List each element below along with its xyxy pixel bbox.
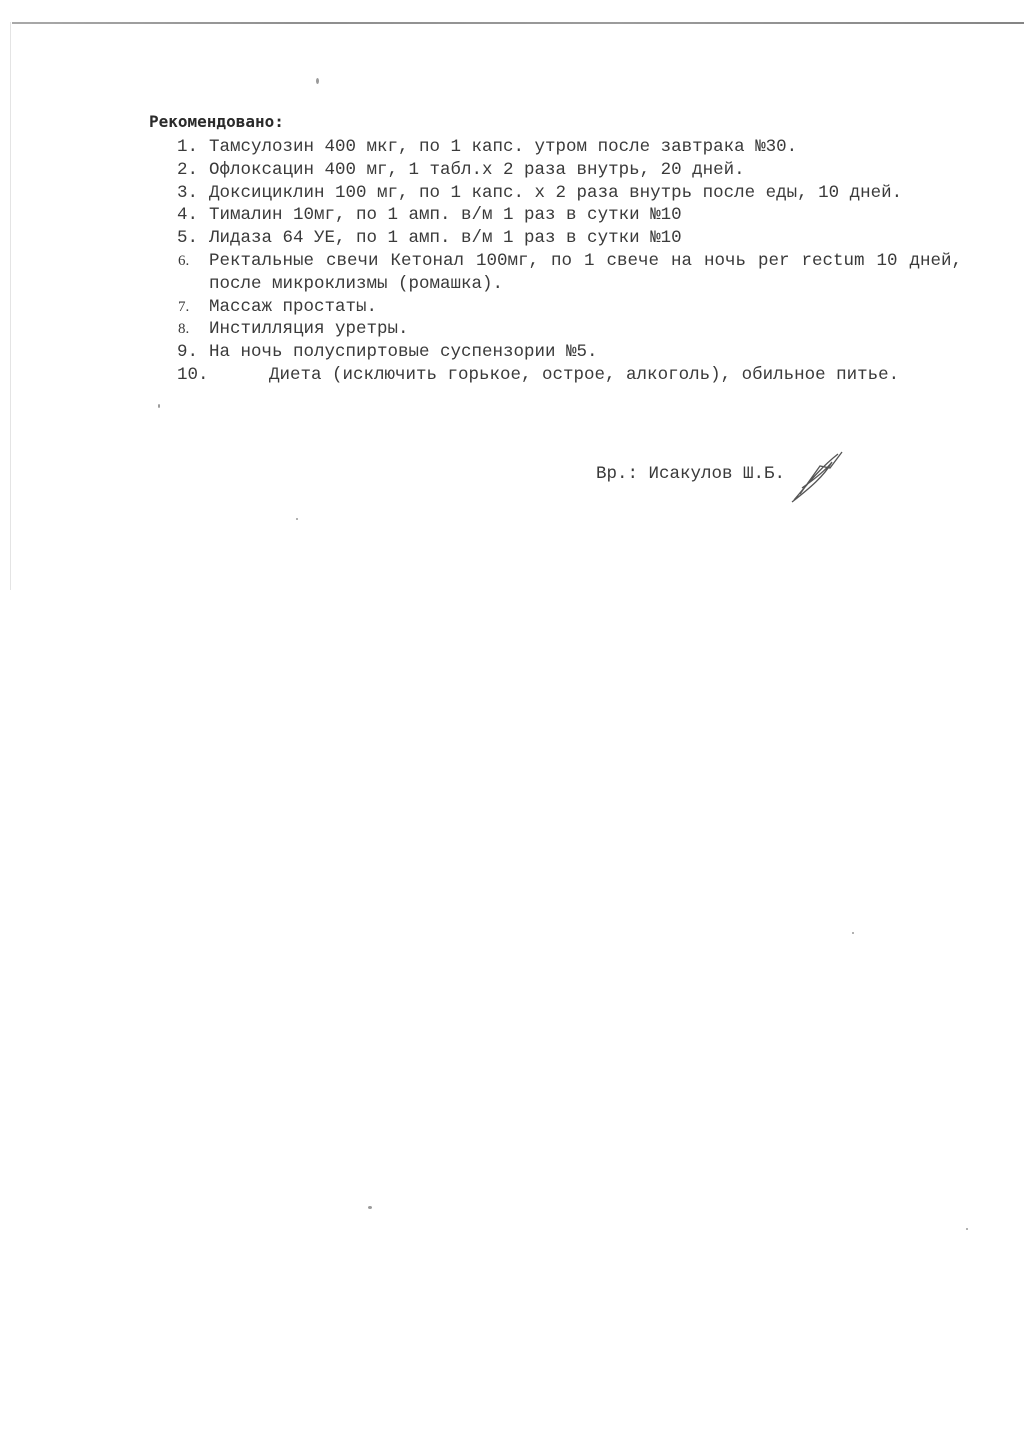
item-text: Доксициклин 100 мг, по 1 капс. х 2 раза …	[209, 183, 902, 203]
item-text: Лидаза 64 УЕ, по 1 амп. в/м 1 раз в сутк…	[209, 228, 682, 248]
item-text: Тималин 10мг, по 1 амп. в/м 1 раз в сутк…	[209, 205, 682, 225]
item-number: 3.	[177, 182, 198, 205]
prescription-item: 3. Доксициклин 100 мг, по 1 капс. х 2 ра…	[172, 182, 962, 205]
item-text: Офлоксацин 400 мг, 1 табл.х 2 раза внутр…	[209, 160, 745, 180]
item-text: Массаж простаты.	[209, 297, 377, 317]
scan-speck	[296, 518, 298, 520]
scan-left-edge	[10, 22, 11, 590]
item-number: 1.	[177, 136, 198, 159]
item-number: 6.	[178, 250, 189, 273]
item-number: 8.	[178, 318, 189, 341]
prescription-list: 1. Тамсулозин 400 мкг, по 1 капс. утром …	[172, 136, 962, 387]
item-text: Диета (исключить горькое, острое, алкого…	[269, 365, 899, 385]
prescription-item: 4. Тималин 10мг, по 1 амп. в/м 1 раз в с…	[172, 204, 962, 227]
item-number: 9.	[177, 341, 198, 364]
prescription-item: 10. Диета (исключить горькое, острое, ал…	[172, 364, 962, 387]
item-text: Тамсулозин 400 мкг, по 1 капс. утром пос…	[209, 137, 797, 157]
item-number: 4.	[177, 204, 198, 227]
item-number: 2.	[177, 159, 198, 182]
item-text: Ректальные свечи Кетонал 100мг, по 1 све…	[209, 251, 962, 294]
doctor-signature-line: Вр.: Исакулов Ш.Б.	[596, 464, 785, 484]
scan-speck	[316, 78, 319, 84]
recommendations-heading: Рекомендовано:	[149, 112, 284, 131]
prescription-item: 8. Инстилляция уретры.	[172, 318, 962, 341]
scan-speck	[966, 1228, 968, 1230]
prescription-item: 5. Лидаза 64 УЕ, по 1 амп. в/м 1 раз в с…	[172, 227, 962, 250]
prescription-item: 9. На ночь полуспиртовые суспензории №5.	[172, 341, 962, 364]
item-number: 5.	[177, 227, 198, 250]
scan-speck	[368, 1206, 372, 1209]
handwritten-signature-icon	[780, 448, 850, 508]
item-number: 10.	[177, 364, 209, 387]
item-text: На ночь полуспиртовые суспензории №5.	[209, 342, 598, 362]
item-number: 7.	[178, 296, 189, 319]
prescription-item: 2. Офлоксацин 400 мг, 1 табл.х 2 раза вн…	[172, 159, 962, 182]
prescription-item: 7. Массаж простаты.	[172, 296, 962, 319]
prescription-item: 6. Ректальные свечи Кетонал 100мг, по 1 …	[172, 250, 962, 296]
item-text: Инстилляция уретры.	[209, 319, 409, 339]
scan-speck	[852, 932, 854, 934]
scan-top-edge	[12, 22, 1024, 24]
prescription-item: 1. Тамсулозин 400 мкг, по 1 капс. утром …	[172, 136, 962, 159]
scan-speck	[158, 404, 160, 408]
